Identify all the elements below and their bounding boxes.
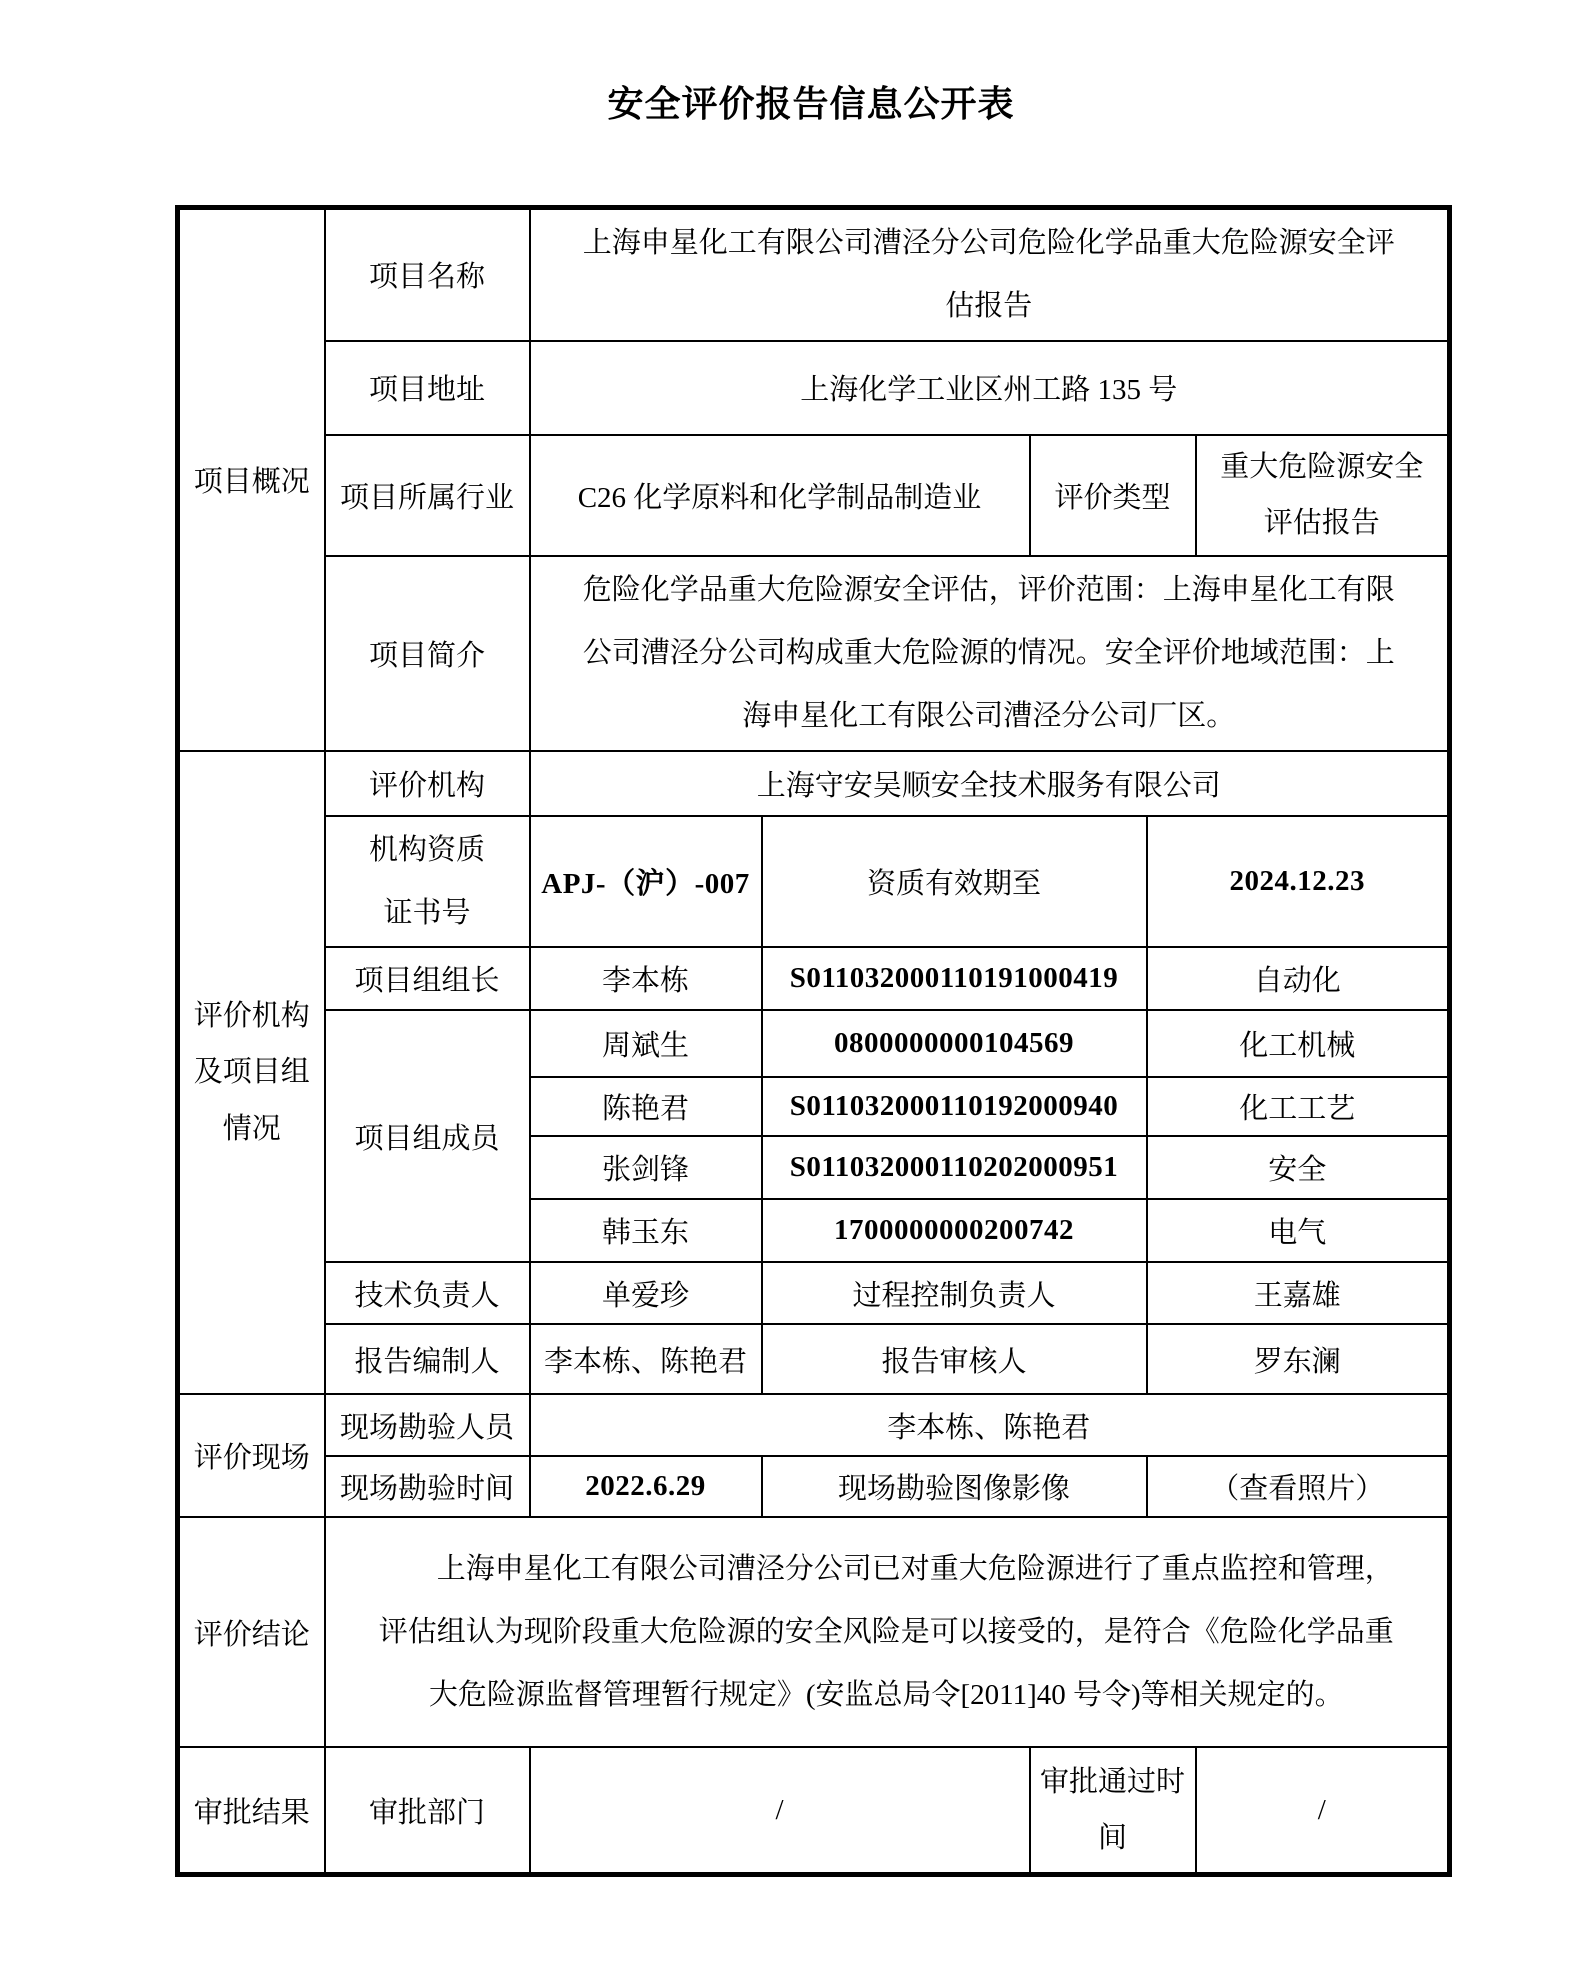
cell-member-name: 韩玉东: [530, 1199, 762, 1262]
label-eval-type: 评价类型: [1030, 435, 1196, 556]
cell-survey-media: （查看照片）: [1147, 1456, 1450, 1517]
label-project-address: 项目地址: [325, 341, 530, 435]
label-tech-lead: 技术负责人: [325, 1262, 530, 1324]
label-survey-media: 现场勘验图像影像: [762, 1456, 1147, 1517]
cell-member-name: 周斌生: [530, 1010, 762, 1077]
info-table: 项目概况 项目名称 上海申星化工有限公司漕泾分公司危险化学品重大危险源安全评 估…: [175, 205, 1452, 1877]
label-approval-dept: 审批部门: [325, 1747, 530, 1874]
label-project-summary: 项目简介: [325, 556, 530, 751]
cell-member-specialty: 化工机械: [1147, 1010, 1450, 1077]
cell-approval-dept: /: [530, 1747, 1030, 1874]
label-agency-cert-no: 机构资质 证书号: [325, 816, 530, 948]
cell-conclusion-text: 上海申星化工有限公司漕泾分公司已对重大危险源进行了重点监控和管理， 评估组认为现…: [325, 1517, 1450, 1747]
cell-member-cert: 0800000000104569: [762, 1010, 1147, 1077]
page-title: 安全评价报告信息公开表: [175, 76, 1447, 127]
cell-site-surveyors: 李本栋、陈艳君: [530, 1394, 1450, 1456]
cell-member-specialty: 安全: [1147, 1136, 1450, 1199]
cell-member-name: 张剑锋: [530, 1136, 762, 1199]
label-approval-time: 审批通过时 间: [1030, 1747, 1196, 1874]
cell-project-summary: 危险化学品重大危险源安全评估，评价范围：上海申星化工有限 公司漕泾分公司构成重大…: [530, 556, 1450, 751]
section-label-overview: 项目概况: [178, 208, 325, 751]
cell-cert-valid-until: 2024.12.23: [1147, 816, 1450, 948]
label-industry: 项目所属行业: [325, 435, 530, 556]
cell-member-cert: S011032000110202000951: [762, 1136, 1147, 1199]
section-label-approval: 审批结果: [178, 1747, 325, 1874]
label-report-authors: 报告编制人: [325, 1324, 530, 1394]
cell-leader-cert: S011032000110191000419: [762, 947, 1147, 1010]
cell-agency-name: 上海守安吴顺安全技术服务有限公司: [530, 751, 1450, 816]
label-site-surveyors: 现场勘验人员: [325, 1394, 530, 1456]
section-label-conclusion: 评价结论: [178, 1517, 325, 1747]
cell-process-lead: 王嘉雄: [1147, 1262, 1450, 1324]
cell-agency-cert-no: APJ-（沪）-007: [530, 816, 762, 948]
label-team-members: 项目组成员: [325, 1010, 530, 1262]
cell-member-name: 陈艳君: [530, 1077, 762, 1136]
label-process-lead: 过程控制负责人: [762, 1262, 1147, 1324]
cell-project-name: 上海申星化工有限公司漕泾分公司危险化学品重大危险源安全评 估报告: [530, 208, 1450, 341]
cell-leader-name: 李本栋: [530, 947, 762, 1010]
label-project-name: 项目名称: [325, 208, 530, 341]
cell-member-specialty: 化工工艺: [1147, 1077, 1450, 1136]
cell-member-cert: 1700000000200742: [762, 1199, 1147, 1262]
label-agency: 评价机构: [325, 751, 530, 816]
label-team-leader: 项目组组长: [325, 947, 530, 1010]
section-label-agency: 评价机构及项目组情况: [178, 751, 325, 1395]
label-cert-valid-until: 资质有效期至: [762, 816, 1147, 948]
cell-report-authors: 李本栋、陈艳君: [530, 1324, 762, 1394]
section-label-site: 评价现场: [178, 1394, 325, 1517]
cell-report-reviewer: 罗东澜: [1147, 1324, 1450, 1394]
label-survey-time: 现场勘验时间: [325, 1456, 530, 1517]
cell-approval-time: /: [1196, 1747, 1450, 1874]
cell-tech-lead: 单爱珍: [530, 1262, 762, 1324]
view-photos-link[interactable]: （查看照片）: [1210, 1473, 1384, 1505]
cell-survey-time: 2022.6.29: [530, 1456, 762, 1517]
cell-leader-specialty: 自动化: [1147, 947, 1450, 1010]
document-page: 安全评价报告信息公开表 项目概况 项目名称 上海申星化工有限公司漕泾分公司危险化…: [0, 0, 1587, 1973]
cell-industry: C26 化学原料和化学制品制造业: [530, 435, 1030, 556]
cell-member-cert: S011032000110192000940: [762, 1077, 1147, 1136]
cell-eval-type: 重大危险源安全 评估报告: [1196, 435, 1450, 556]
label-report-reviewer: 报告审核人: [762, 1324, 1147, 1394]
cell-member-specialty: 电气: [1147, 1199, 1450, 1262]
cell-project-address: 上海化学工业区州工路 135 号: [530, 341, 1450, 435]
